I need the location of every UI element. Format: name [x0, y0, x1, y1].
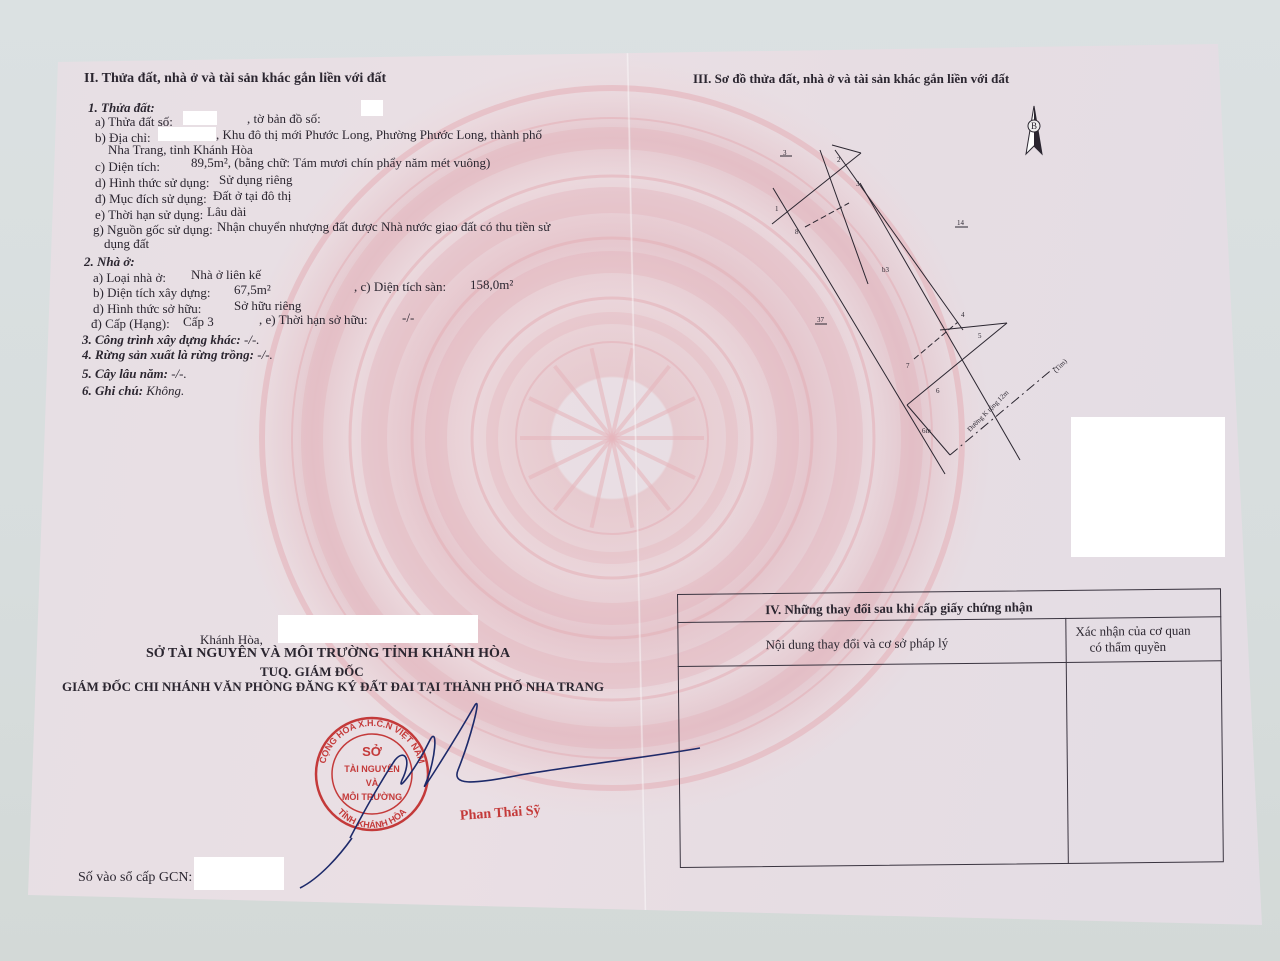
svg-text:B: B	[1031, 121, 1037, 131]
col-confirm-header-1: Xác nhận của cơ quan	[1075, 623, 1190, 639]
svg-text:3: 3	[783, 149, 787, 157]
north-arrow-icon: B	[1026, 106, 1042, 154]
col-confirm-header-2: có thẩm quyền	[1090, 639, 1167, 655]
svg-text:b3: b3	[882, 266, 890, 274]
svg-text:1: 1	[775, 205, 779, 213]
svg-text:8: 8	[795, 228, 799, 236]
changes-table: IV. Những thay đổi sau khi cấp giấy chứn…	[677, 588, 1224, 868]
svg-text:4: 4	[961, 311, 965, 319]
svg-text:3: 3	[856, 180, 860, 188]
svg-text:6m: 6m	[922, 427, 932, 435]
col-changes-header: Nội dung thay đổi và cơ sở pháp lý	[765, 635, 948, 652]
svg-text:6: 6	[936, 387, 940, 395]
svg-text:37: 37	[817, 316, 825, 324]
svg-text:7: 7	[906, 362, 910, 370]
svg-text:14: 14	[957, 219, 965, 227]
svg-text:Đường K rộng 12m: Đường K rộng 12m	[966, 388, 1011, 433]
certificate-paper: II. Thửa đất, nhà ở và tài sản khác gắn …	[0, 0, 1280, 961]
svg-text:5: 5	[978, 332, 982, 340]
section4-heading: IV. Những thay đổi sau khi cấp giấy chứn…	[765, 599, 1033, 617]
redacted-qr-area	[1071, 417, 1225, 557]
svg-text:2: 2	[837, 156, 841, 164]
svg-text:(Tim): (Tim)	[1052, 357, 1070, 375]
